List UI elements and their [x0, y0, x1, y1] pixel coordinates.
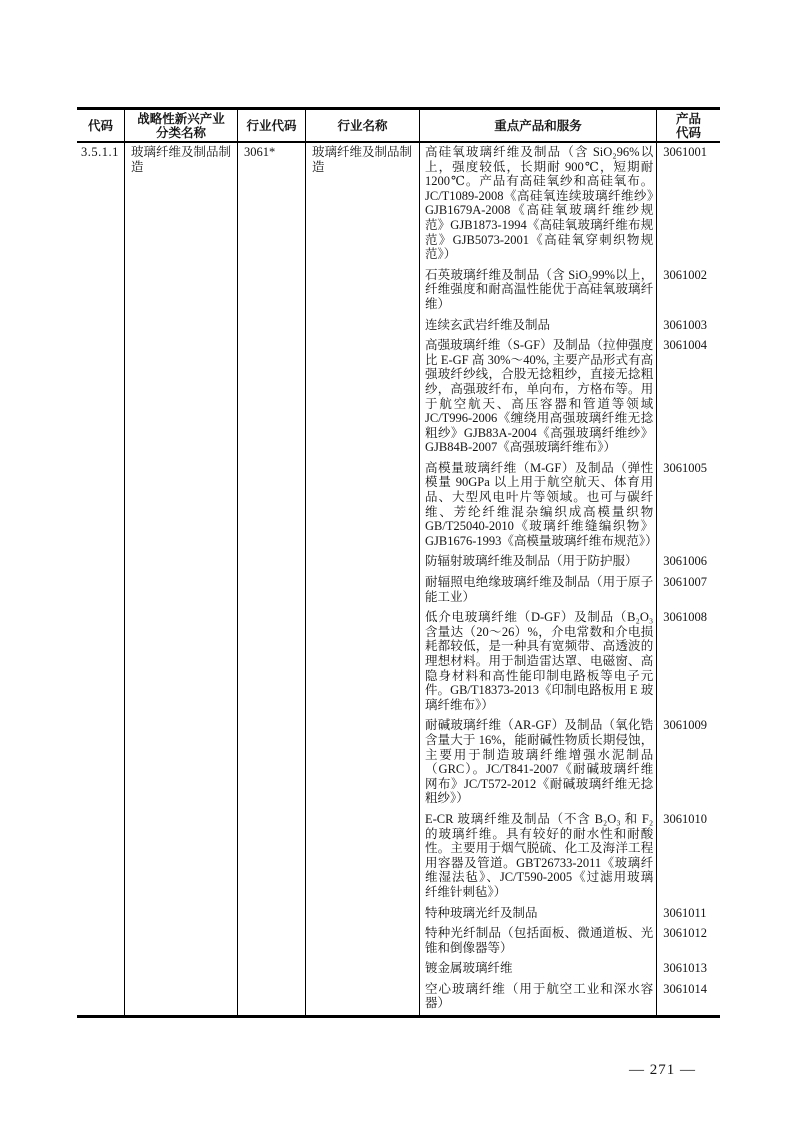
header-label: 代码 — [88, 119, 113, 133]
product-row: 耐辐照电绝缘玻璃纤维及制品（用于原子能工业） 3061007 — [420, 573, 720, 608]
product-description: E-CR 玻璃纤维及制品（不含 B₂O₃ 和 F₂ 的玻璃纤维。具有较好的耐水性… — [420, 810, 656, 904]
product-row: 镀金属玻璃纤维 3061013 — [420, 959, 720, 980]
product-row: 高模量玻璃纤维（M-GF）及制品（弹性模量 90GPa 以上用于航空航天、体育用… — [420, 459, 720, 553]
page-number: — 271 — — [629, 1062, 696, 1079]
products-codes: 高硅氧玻璃纤维及制品（含 SiO₂96%以上，强度较低，长期耐 900℃，短期耐… — [419, 143, 720, 1015]
product-code: 3061002 — [656, 266, 720, 316]
product-code: 3061004 — [656, 336, 720, 459]
product-description: 特种玻璃光纤及制品 — [420, 904, 656, 925]
header-label: 战略性新兴产业 — [137, 112, 225, 126]
product-row: 防辐射玻璃纤维及制品（用于防护服） 3061006 — [420, 552, 720, 573]
header-cell-industry-name: 行业名称 — [305, 110, 419, 141]
header-label: 行业代码 — [246, 119, 296, 133]
product-description: 低介电玻璃纤维（D-GF）及制品（B₂O₃ 含量达（20～26）%，介电常数和介… — [420, 608, 656, 716]
product-row: 连续玄武岩纤维及制品 3061003 — [420, 316, 720, 337]
cell-classification-code: 3.5.1.1 — [77, 143, 124, 1015]
product-description: 防辐射玻璃纤维及制品（用于防护服） — [420, 552, 656, 573]
header-label: 分类名称 — [156, 126, 206, 140]
header-label: 代码 — [676, 126, 701, 140]
product-code: 3061005 — [656, 459, 720, 553]
product-row: 高硅氧玻璃纤维及制品（含 SiO₂96%以上，强度较低，长期耐 900℃，短期耐… — [420, 143, 720, 266]
header-cell-industry-code: 行业代码 — [237, 110, 305, 141]
product-code: 3061014 — [656, 980, 720, 1015]
cell-industry-code: 3061* — [237, 143, 305, 1015]
product-description: 空心玻璃纤维（用于航空工业和深水容器） — [420, 980, 656, 1015]
document-page: 代码 战略性新兴产业 分类名称 行业代码 行业名称 重点产品和服务 产品 代码 … — [0, 0, 793, 1122]
header-cell-product-code: 产品 代码 — [656, 110, 720, 141]
product-code: 3061010 — [656, 810, 720, 904]
product-description: 高模量玻璃纤维（M-GF）及制品（弹性模量 90GPa 以上用于航空航天、体育用… — [420, 459, 656, 553]
product-description: 高强玻璃纤维（S-GF）及制品（拉伸强度比 E-GF 高 30%～40%, 主要… — [420, 336, 656, 459]
product-row: E-CR 玻璃纤维及制品（不含 B₂O₃ 和 F₂ 的玻璃纤维。具有较好的耐水性… — [420, 810, 720, 904]
product-code: 3061001 — [656, 143, 720, 266]
product-row: 特种玻璃光纤及制品 3061011 — [420, 904, 720, 925]
product-code: 3061012 — [656, 924, 720, 959]
header-label: 重点产品和服务 — [494, 119, 582, 133]
product-row: 高强玻璃纤维（S-GF）及制品（拉伸强度比 E-GF 高 30%～40%, 主要… — [420, 336, 720, 459]
product-description: 耐碱玻璃纤维（AR-GF）及制品（氧化锆含量大于 16%，能耐碱性物质长期侵蚀，… — [420, 716, 656, 810]
product-description: 镀金属玻璃纤维 — [420, 959, 656, 980]
product-description: 高硅氧玻璃纤维及制品（含 SiO₂96%以上，强度较低，长期耐 900℃，短期耐… — [420, 143, 656, 266]
product-description: 连续玄武岩纤维及制品 — [420, 316, 656, 337]
header-cell-code: 代码 — [77, 110, 124, 141]
product-description: 特种光纤制品（包括面板、微通道板、光锥和倒像器等） — [420, 924, 656, 959]
product-row: 特种光纤制品（包括面板、微通道板、光锥和倒像器等） 3061012 — [420, 924, 720, 959]
product-row: 空心玻璃纤维（用于航空工业和深水容器） 3061014 — [420, 980, 720, 1015]
header-label: 行业名称 — [337, 119, 387, 133]
product-description: 石英玻璃纤维及制品（含 SiO₂99%以上，纤维强度和耐高温性能优于高硅氧玻璃纤… — [420, 266, 656, 316]
product-row: 石英玻璃纤维及制品（含 SiO₂99%以上，纤维强度和耐高温性能优于高硅氧玻璃纤… — [420, 266, 720, 316]
product-row: 低介电玻璃纤维（D-GF）及制品（B₂O₃ 含量达（20～26）%，介电常数和介… — [420, 608, 720, 716]
product-code: 3061008 — [656, 608, 720, 716]
product-code: 3061009 — [656, 716, 720, 810]
cell-industry-name: 玻璃纤维及制品制造 — [305, 143, 419, 1015]
header-cell-key-products: 重点产品和服务 — [419, 110, 656, 141]
product-code: 3061003 — [656, 316, 720, 337]
table-header-row: 代码 战略性新兴产业 分类名称 行业代码 行业名称 重点产品和服务 产品 代码 — [77, 110, 720, 143]
classification-table: 代码 战略性新兴产业 分类名称 行业代码 行业名称 重点产品和服务 产品 代码 … — [77, 107, 720, 1018]
header-label: 产品 — [676, 112, 701, 126]
table-body-row: 3.5.1.1 玻璃纤维及制品制造 3061* 玻璃纤维及制品制造 高硅氧玻璃纤… — [77, 143, 720, 1015]
product-code: 3061013 — [656, 959, 720, 980]
product-code: 3061011 — [656, 904, 720, 925]
product-row: 耐碱玻璃纤维（AR-GF）及制品（氧化锆含量大于 16%，能耐碱性物质长期侵蚀，… — [420, 716, 720, 810]
cell-industry-class-name: 玻璃纤维及制品制造 — [124, 143, 237, 1015]
product-description: 耐辐照电绝缘玻璃纤维及制品（用于原子能工业） — [420, 573, 656, 608]
product-code: 3061006 — [656, 552, 720, 573]
product-code: 3061007 — [656, 573, 720, 608]
header-cell-industry-class-name: 战略性新兴产业 分类名称 — [124, 110, 237, 141]
